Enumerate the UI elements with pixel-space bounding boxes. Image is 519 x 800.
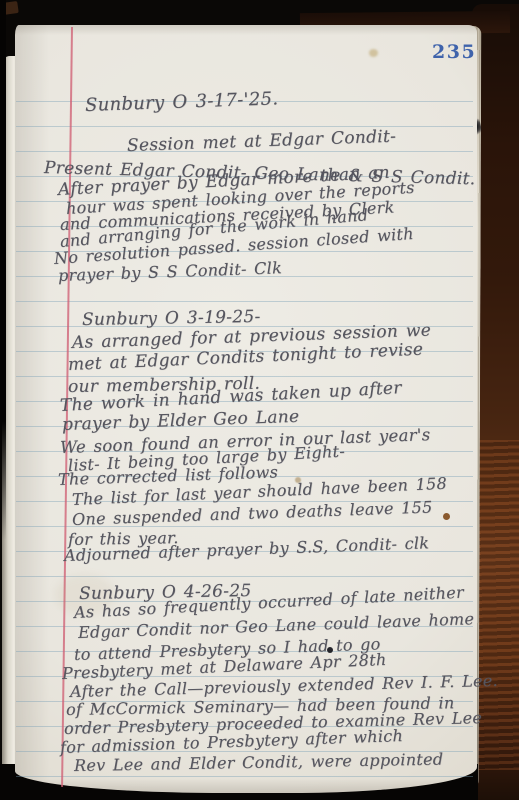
stain	[443, 513, 450, 520]
photo-left-shadow	[0, 0, 6, 540]
page-number: 235	[432, 41, 476, 63]
stain	[369, 49, 378, 57]
ledger-photo: 235 Sunbury O 3-17-'25.Session met at Ed…	[0, 0, 519, 800]
